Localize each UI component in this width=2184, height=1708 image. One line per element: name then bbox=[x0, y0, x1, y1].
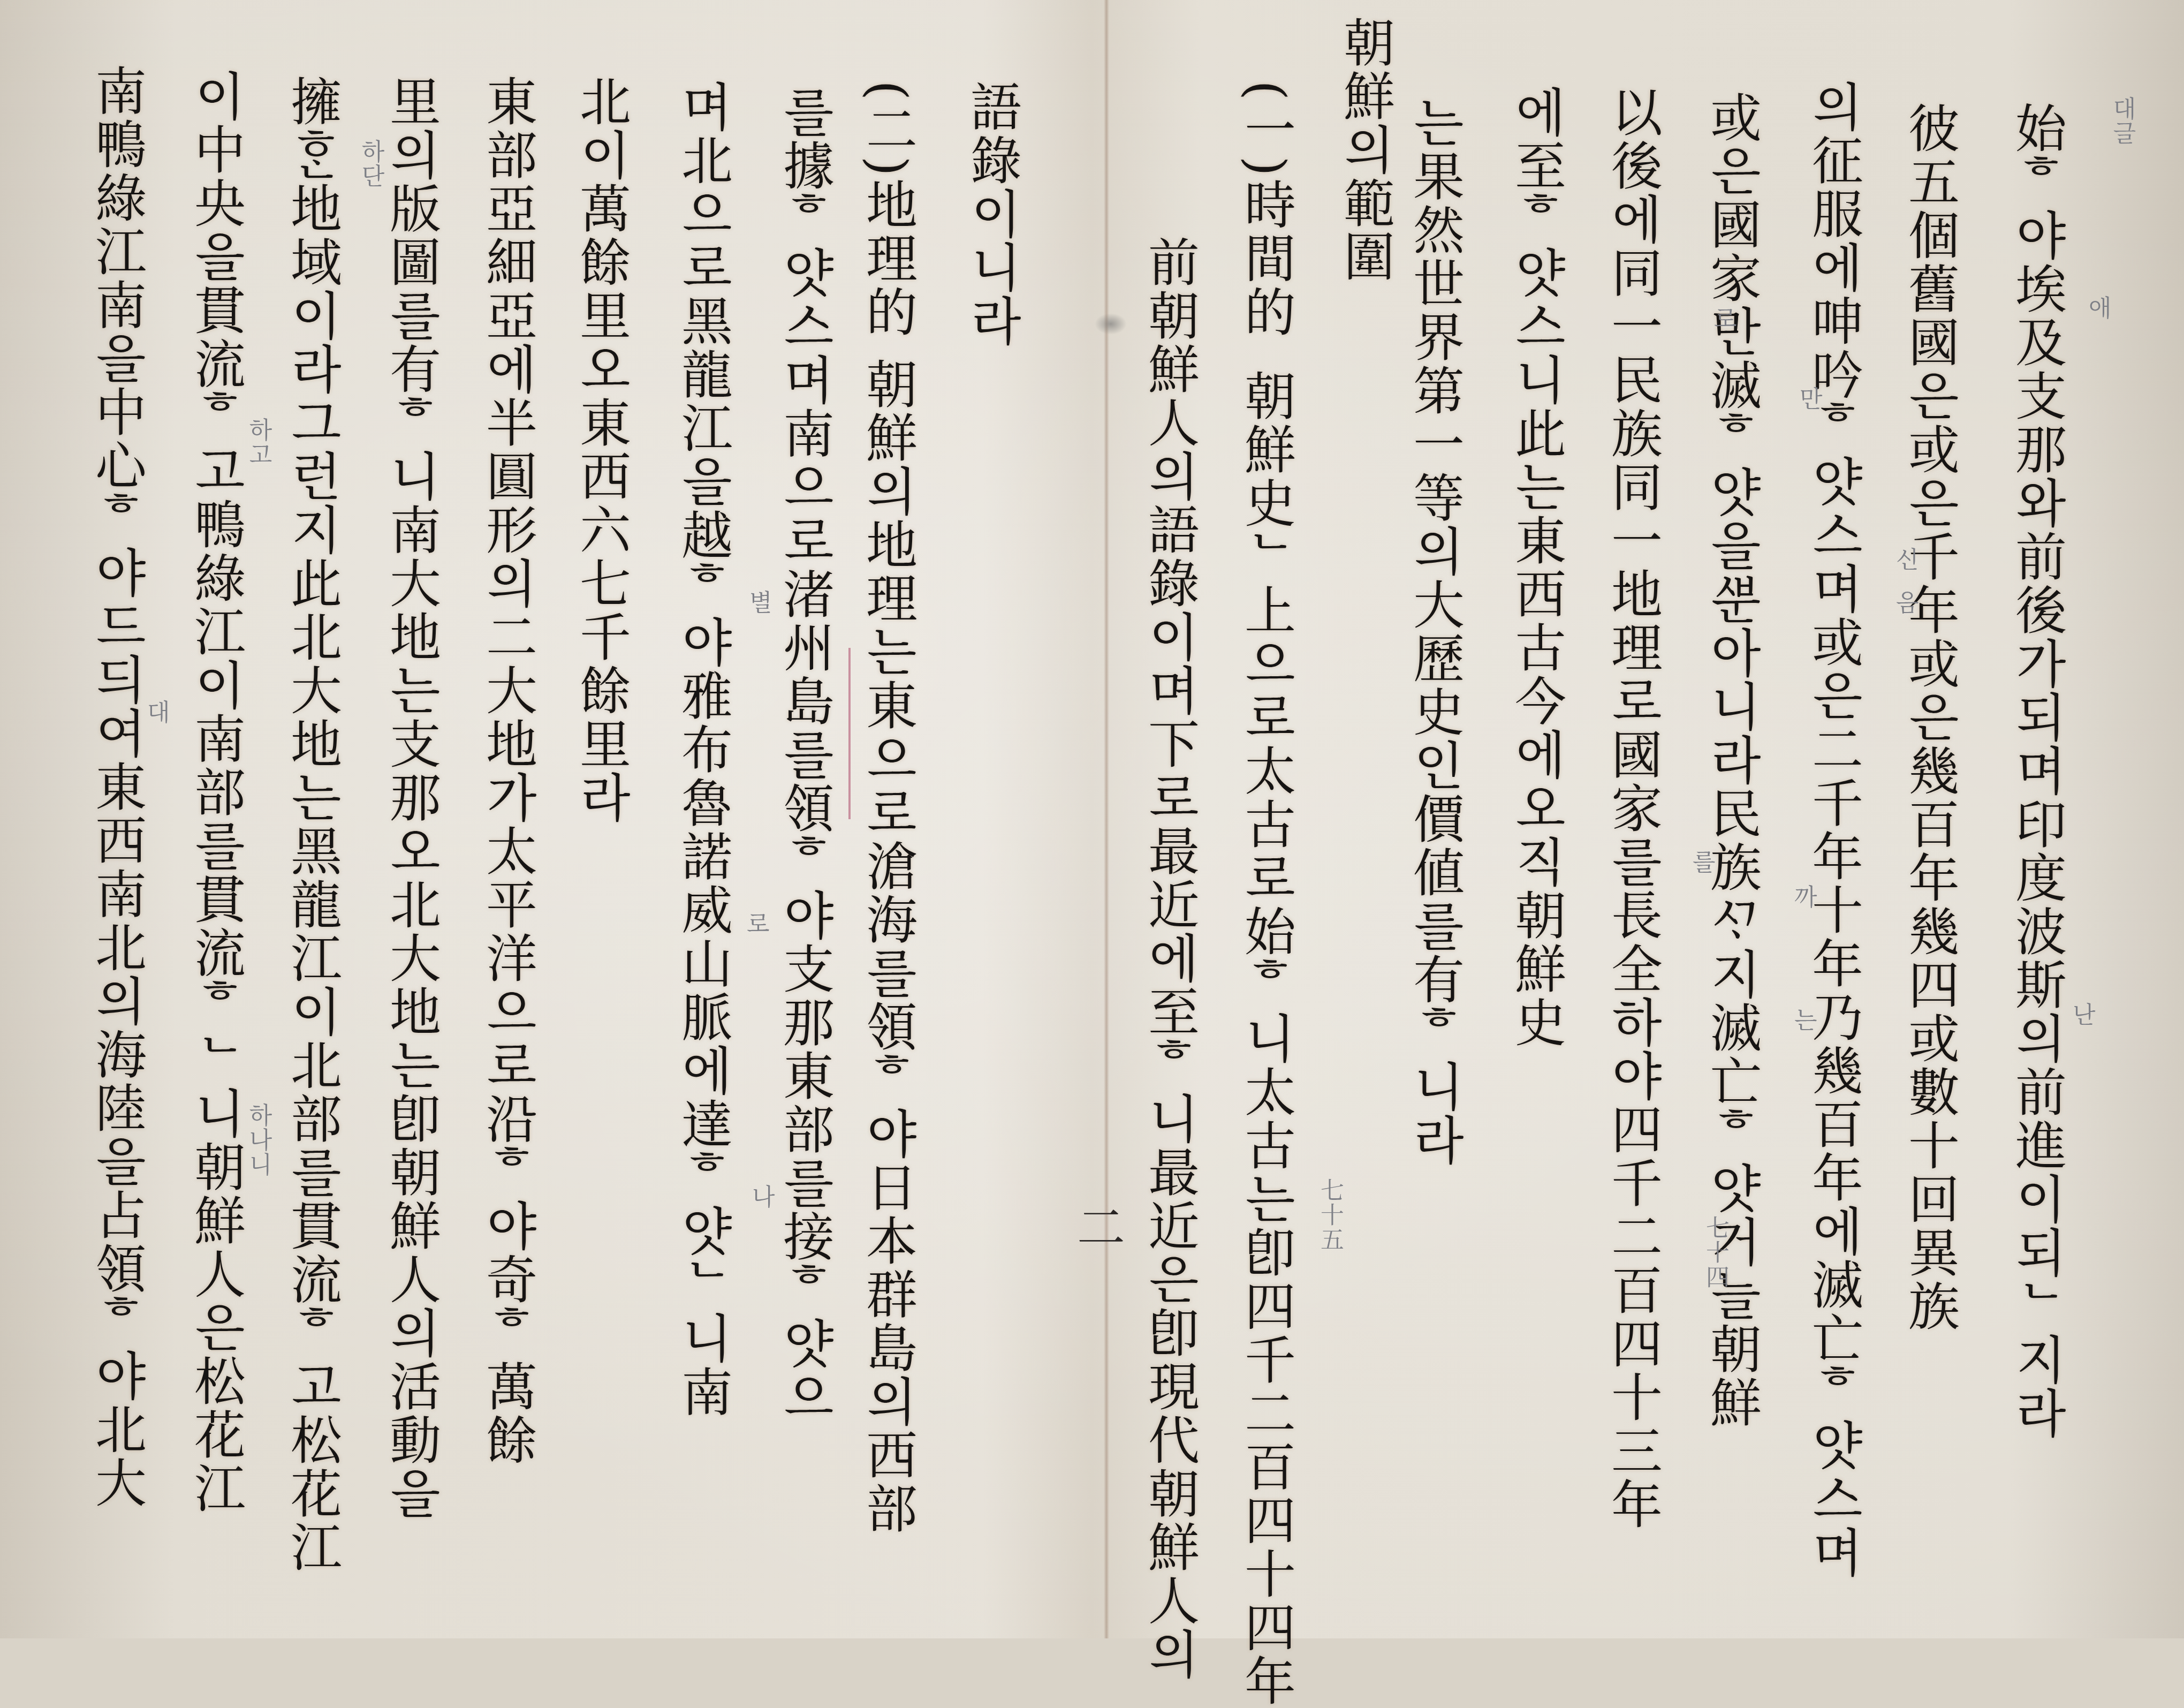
text-column: 北이萬餘里오東西六七千餘里라 bbox=[573, 75, 630, 825]
left-page: 語錄이니라 (二)地理的 朝鮮의地理는東으로滄海를領ᄒ야日本群島의西部 를據ᄒ얏… bbox=[0, 0, 1104, 1638]
text-column: 始ᄒ야埃及支那와前後가되며印度波斯의前進이되ᄂ지라 bbox=[2008, 102, 2065, 1440]
text-column: 를據ᄒ얏스며南으로渚州島를領ᄒ야支那東部를接ᄒ얏으 bbox=[776, 86, 833, 1424]
pencil-annotation: 까 bbox=[1794, 878, 1818, 912]
right-page: 始ᄒ야埃及支那와前後가되며印度波斯의前進이되ᄂ지라 彼五個舊國은或은千年或은幾百… bbox=[1109, 0, 2184, 1638]
pencil-annotation: 신 bbox=[1896, 541, 1920, 575]
pink-margin-mark bbox=[848, 648, 856, 819]
pencil-annotation: 는 bbox=[1794, 1001, 1818, 1036]
book-gutter bbox=[1104, 0, 1109, 1638]
pencil-annotation: 로 bbox=[1714, 300, 1738, 334]
pencil-annotation: 대 bbox=[147, 693, 171, 728]
section-label: (一)時間的 bbox=[1238, 80, 1294, 339]
pencil-annotation: 로 bbox=[747, 905, 771, 939]
pencil-annotation: 나 bbox=[752, 1178, 776, 1212]
pencil-annotation: 음 bbox=[1896, 584, 1920, 618]
pencil-annotation: 대글 bbox=[2105, 96, 2139, 146]
pencil-annotation: 애 bbox=[2089, 289, 2113, 323]
pencil-annotation: 를 bbox=[1693, 843, 1717, 878]
text-column: 彼五個舊國은或은千年或은幾百年幾四或數十回異族 bbox=[1901, 102, 1958, 1333]
pencil-annotation: 만 bbox=[1800, 380, 1824, 414]
text-column: 는果然世界第一等의大歷史인價値를有ᄒ니라 bbox=[1406, 96, 1463, 1167]
pencil-annotation: 별 bbox=[749, 584, 773, 618]
pencil-annotation: 하단 bbox=[353, 139, 388, 188]
section-heading: 朝鮮의範圍 bbox=[1337, 16, 1393, 284]
text-column: 며北으로黑龍江을越ᄒ야雅布魯諾威山脈에達ᄒ얏ᄂ니南 bbox=[674, 80, 731, 1419]
text-column: 朝鮮史ᄂ上으로太古로始ᄒ니太古는卽四千二百四十四年 bbox=[1238, 369, 1294, 1638]
pencil-annotation: 七十四 bbox=[1698, 1215, 1732, 1289]
text-column: 里의版圖를有ᄒ니南大地는支那오北大地는卽朝鮮人의活動을 bbox=[383, 75, 439, 1521]
text-column: 이中央을貫流ᄒ고鴨綠江이南部를貫流ᄒᄂ니朝鮮人은松花江 bbox=[187, 70, 244, 1515]
text-column: 擁ᄒᆞᆫ地域이라그런지此北大地는黑龍江이北部를貫流ᄒ고松花江 bbox=[284, 75, 340, 1574]
pencil-annotation: 난 bbox=[2073, 996, 2097, 1030]
text-column: 南鴨綠江南을中心ᄒ야드듸여東西南北의海陸을占領ᄒ야北大 bbox=[88, 64, 145, 1510]
text-column: 以後에同一民族同一地理로國家를長全하야四千二百四十三年 bbox=[1604, 86, 1661, 1531]
text-column: 에至ᄒ얏스니此는東西古今에오직朝鮮史 bbox=[1508, 86, 1565, 1049]
pencil-annotation: 七十五 bbox=[1313, 1178, 1347, 1252]
text-column: 東部亞細亞에半圓形의二大地가太平洋으로沿ᄒ야奇ᄒ萬餘 bbox=[479, 75, 536, 1467]
manuscript-spread: 始ᄒ야埃及支那와前後가되며印度波斯의前進이되ᄂ지라 彼五個舊國은或은千年或은幾百… bbox=[0, 0, 2184, 1638]
text-column: 語錄이니라 bbox=[964, 80, 1020, 348]
pencil-annotation: 하나니 bbox=[241, 1103, 275, 1177]
pencil-annotation: 하고 bbox=[241, 418, 275, 467]
text-column: 前朝鮮人의語錄이며下로最近에至ᄒ니最近은卽現代朝鮮人의 bbox=[1141, 236, 1198, 1638]
text-column: 의征服에呻吟ᄒ얏스며或은二千年十年乃幾百年에滅亡ᄒ얏스며 bbox=[1805, 80, 1862, 1579]
text-column: (二)地理的 朝鮮의地理는東으로滄海를領ᄒ야日本群島의西部 bbox=[859, 80, 916, 1535]
